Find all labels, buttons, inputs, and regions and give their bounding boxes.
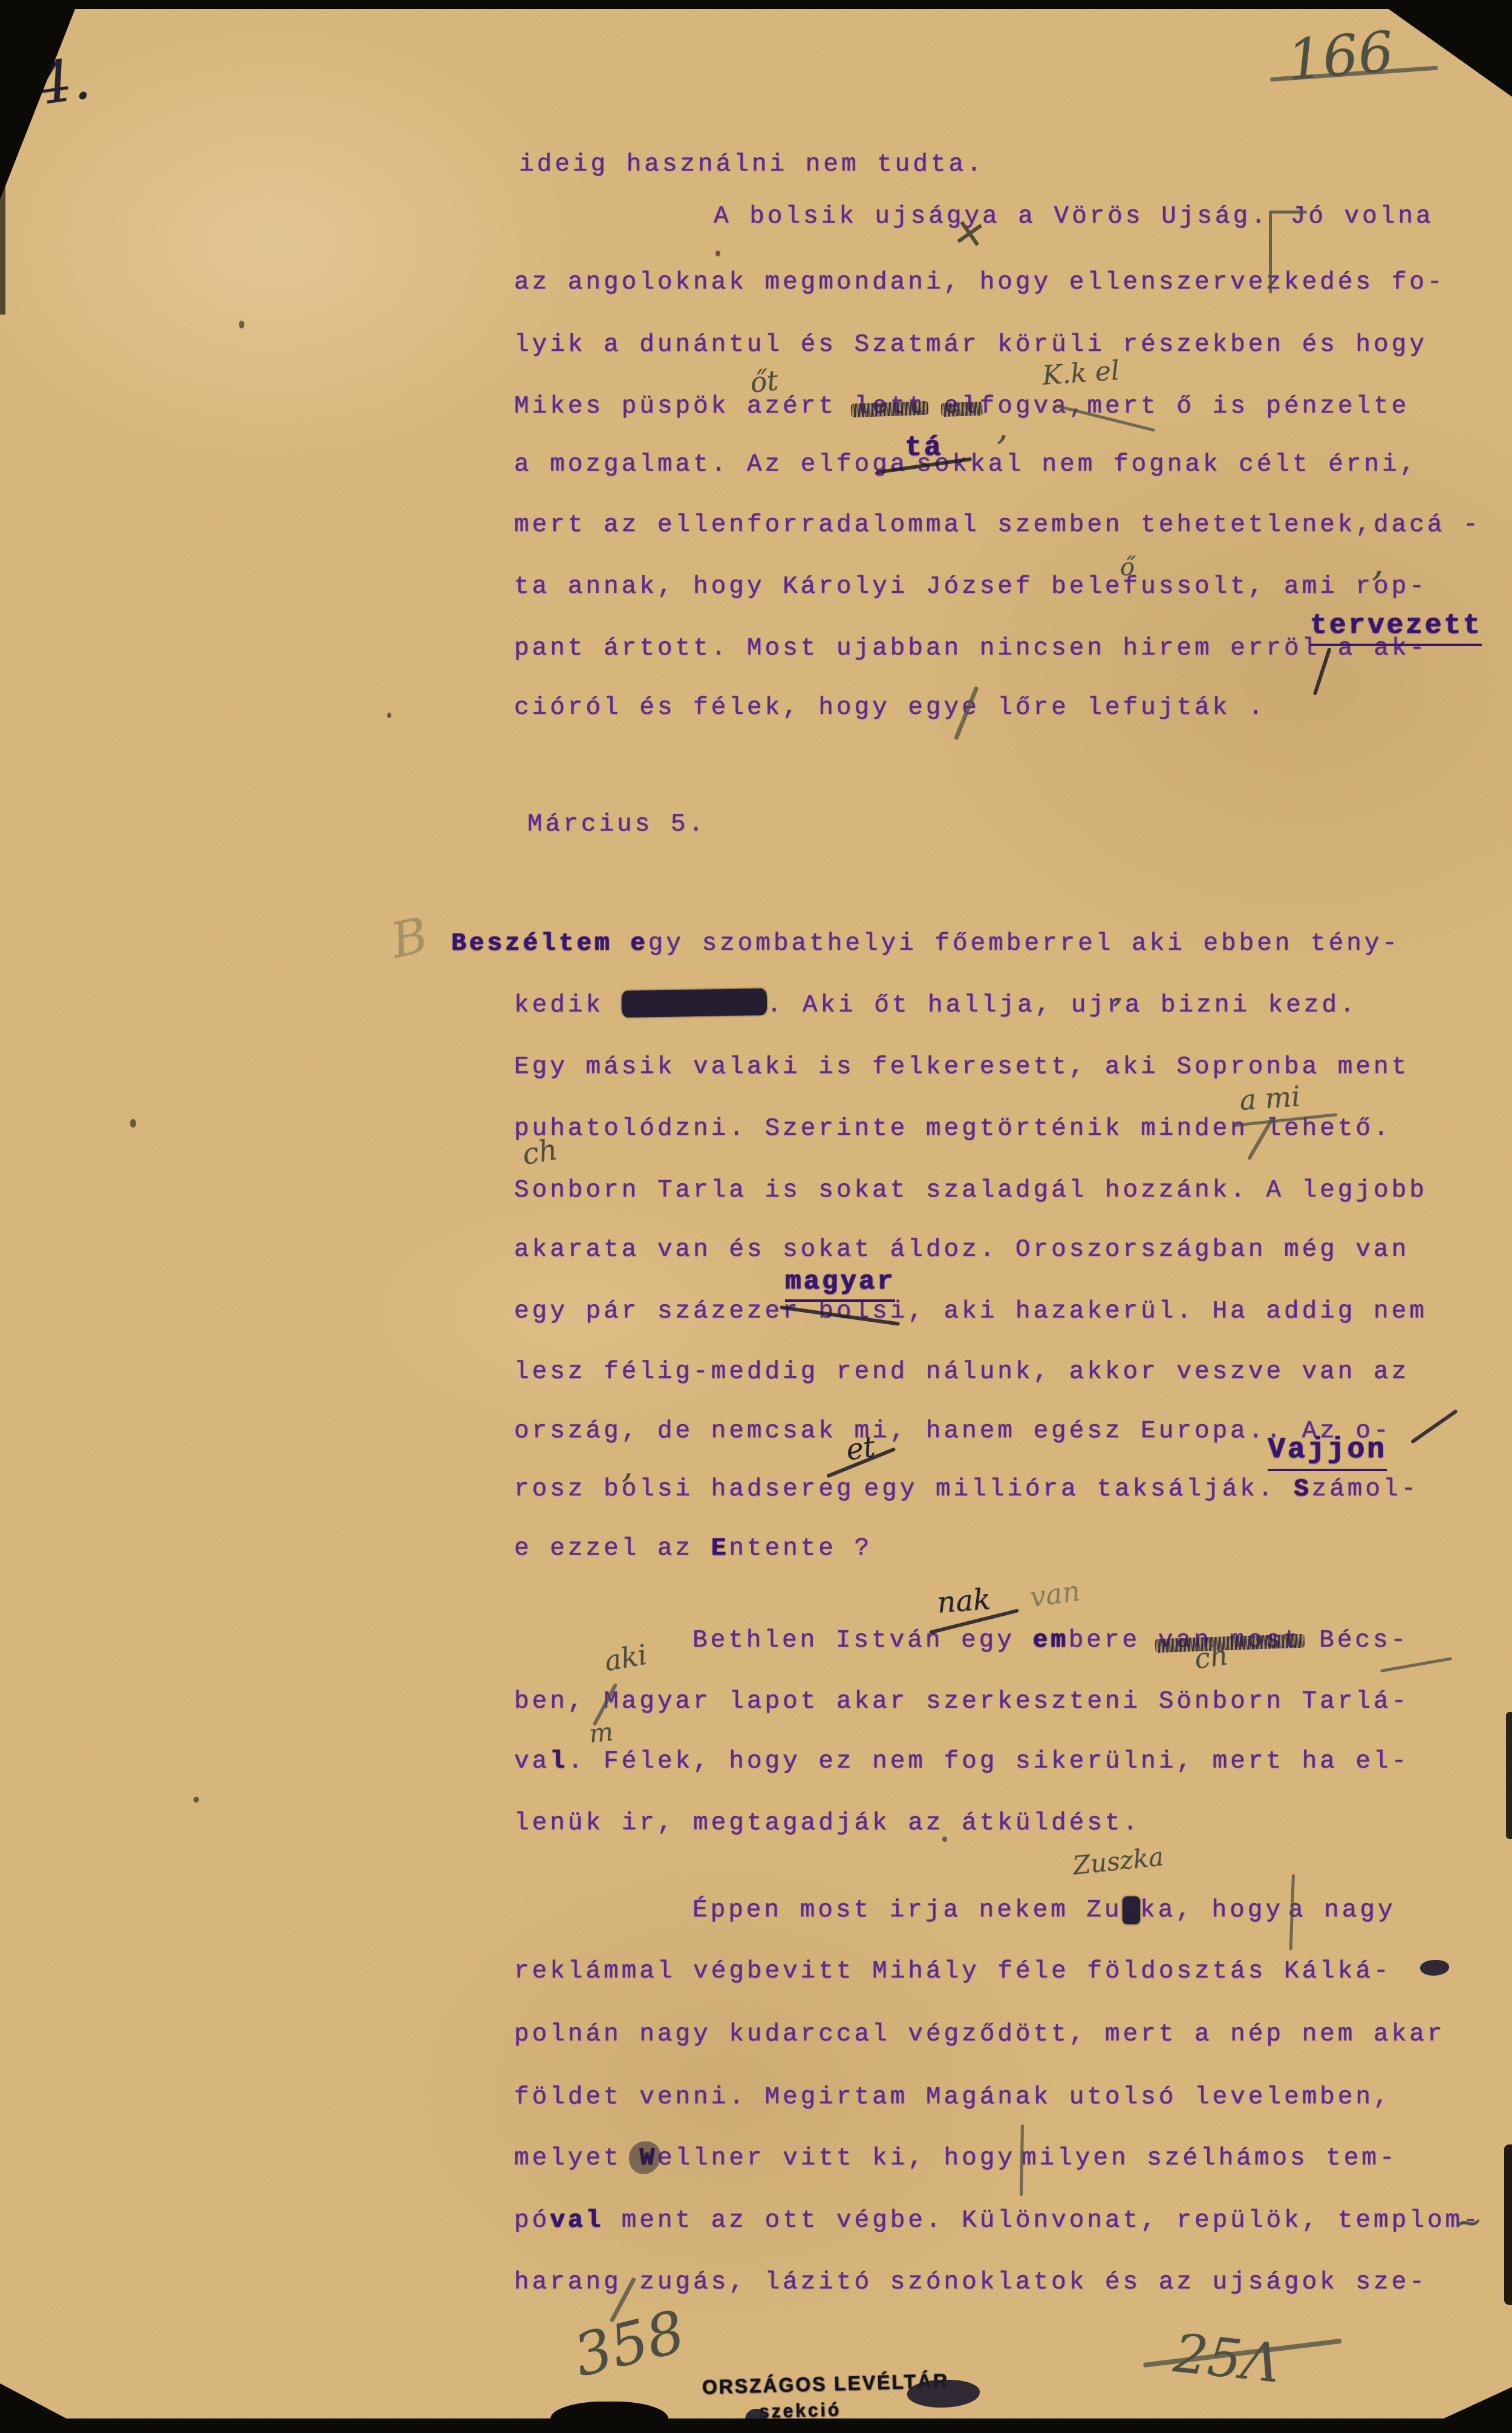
typed-text: . Aki őt hallja, ujra bizni kezd. [767, 991, 1358, 1019]
typed-line-20: ország, de nemcsak mi, hanem egész Europ… [514, 1414, 1392, 1448]
typed-text: ország, de nemcsak mi, hanem egész Europ… [514, 1417, 1392, 1445]
typed-text: ntente ? [729, 1535, 872, 1563]
typed-text: Bethlen István egy [692, 1627, 1032, 1654]
handwritten-pencil-note: ő [1120, 555, 1135, 580]
handwritten-pencil-note: m [588, 1719, 614, 1747]
typed-text: ment az ott végbe. Különvonat, repülök, … [604, 2207, 1481, 2235]
typed-text: ta annak, hogy Károlyi József belefussol… [514, 573, 1427, 601]
typed-text: Egy másik valaki is felkeresett, aki Sop… [514, 1053, 1409, 1081]
scan-edge-right [1506, 1712, 1512, 1839]
typed-line-30: földet venni. Megirtam Magának utolsó le… [514, 2080, 1392, 2114]
typed-text: Éppen most irja nekem Zu [692, 1896, 1123, 1924]
paper-speck [715, 250, 720, 256]
handwritten-ink-note: nak [936, 1585, 992, 1618]
typed-text: fogva,mert ő is pénzelte [980, 393, 1410, 420]
ink-blotted-character: t [1123, 1896, 1141, 1924]
handwritten-pencil-note: ch [1193, 1641, 1230, 1673]
typed-line-17: akarata van és sokat áldoz. Oroszországb… [514, 1233, 1409, 1267]
typed-text: földet venni. Megirtam Magának utolsó le… [514, 2083, 1392, 2111]
faint-pencil-note: van [1028, 1576, 1082, 1611]
typed-text: va [514, 1748, 550, 1775]
pencil-x-mark: ✕ [950, 213, 989, 256]
typed-text: A bolsik ujságya a Vörös Ujság. [714, 203, 1269, 230]
handwritten-pencil-note: a mi [1239, 1082, 1301, 1114]
typed-text-overstruck-bold: em [1032, 1627, 1068, 1654]
typed-line-4: lyik a dunántul és Szatmár körüli részek… [514, 328, 1427, 362]
typed-line-10: cióról és félek, hogy egye lőre lefujták… [514, 691, 1266, 725]
typed-line-8: ta annak, hogy Károlyi József belefussol… [514, 570, 1427, 604]
typed-line-26: lenük ir, megtagadják az átküldést. [514, 1806, 1141, 1840]
scanned-document: ideig használni nem tudta.A bolsik ujság… [0, 0, 1512, 2433]
typed-line-22: e ezzel az Entente ? [514, 1532, 872, 1566]
typing-gap [1355, 653, 1374, 655]
typed-text: ka, hogy [1140, 1896, 1283, 1924]
typed-line-7: mert az ellenforradalommal szemben tehet… [514, 508, 1481, 542]
typed-text: mert az ellenforradalommal szemben tehet… [514, 511, 1481, 539]
typed-line-21: rosz bolsi hadseregegy millióra taksáljá… [514, 1472, 1419, 1506]
typing-gap [908, 469, 916, 471]
paper-speck [239, 321, 244, 328]
typed-text: sokkal nem fognak célt érni, [916, 451, 1418, 478]
pencil-comma: , [622, 1447, 633, 1483]
typed-text: kedik [514, 991, 622, 1019]
struck-out-text: van most [1158, 1627, 1302, 1654]
scan-edge-left [0, 0, 5, 315]
typed-text: akarata van és sokat áldoz. Oroszországb… [514, 1236, 1409, 1264]
typed-line-28: reklámmal végbevitt Mihály féle földoszt… [514, 1955, 1392, 1988]
typed-text: rosz bolsi hadsereg [514, 1475, 854, 1503]
pencil-squiggle: ∼ [1450, 2203, 1485, 2242]
typed-text: pó [514, 2207, 550, 2235]
handwritten-pencil-note: ch [520, 1135, 559, 1169]
typed-text: egy pár százezer bolsi, aki hazakerül. H… [514, 1298, 1427, 1325]
typed-line-33: harang zugás, lázitó szónoklatok és az u… [514, 2265, 1427, 2299]
struck-out-text: el [944, 393, 980, 420]
typed-line-1: ideig használni nem tudta. [519, 148, 985, 181]
typed-line-5: Mikes püspök azért lett elfogva,mert ő i… [514, 390, 1409, 423]
typed-text: gy szombathelyi főemberrel aki ebben tén… [648, 930, 1400, 958]
pencil-comma: , [997, 409, 1008, 445]
typed-text: ben, Magyar lapot akar szerkeszteni Sönb… [514, 1688, 1409, 1716]
typed-line-25: val. Félek, hogy ez nem fog sikerülni, m… [514, 1745, 1409, 1778]
scan-edge-bottom [0, 2418, 1512, 2433]
scan-edge-right [1504, 2144, 1512, 2305]
typed-line-2: A bolsik ujságya a Vörös Ujság.Jó volna [714, 200, 1434, 234]
scan-edge-top [0, 0, 1512, 9]
typed-line-13: kedik . Aki őt hallja, ujra bizni kezd. [514, 988, 1358, 1022]
typed-line-29: polnán nagy kudarccal végződött, mert a … [514, 2017, 1445, 2051]
typed-text: a nagy [1288, 1896, 1396, 1924]
struck-out-text: lett [854, 393, 925, 420]
typed-text: bere [1069, 1627, 1158, 1654]
paper-speck [130, 1119, 136, 1128]
typed-text: Jó volna [1291, 203, 1434, 230]
typed-text: a mozgalmat. Az elfoga [514, 451, 908, 478]
typed-text: ellner vitt ki, hogy [657, 2144, 1015, 2172]
typed-insertion: tá [905, 432, 943, 464]
typed-line-12: Beszéltem egy szombathelyi főemberrel ak… [451, 927, 1400, 961]
handwritten-pencil-note: K.k el [1041, 358, 1120, 390]
typed-line-16: Sonborn Tarla is sokat szaladgál hozzánk… [514, 1174, 1427, 1207]
typed-line-32: póval ment az ott végbe. Különvonat, rep… [514, 2204, 1481, 2238]
typing-gap [854, 1494, 864, 1495]
typed-text: ideig használni nem tudta. [519, 151, 985, 178]
typing-gap [1283, 1915, 1288, 1916]
handwritten-pencil-note: aki [602, 1641, 649, 1675]
typed-text: harang zugás, lázitó szónoklatok és az u… [514, 2268, 1427, 2296]
typed-text: cióról és félek, hogy egye lőre lefujták… [514, 694, 1266, 722]
typed-text: Bécs- [1302, 1627, 1409, 1654]
typed-line-18: egy pár százezer bolsi, aki hazakerül. H… [514, 1295, 1427, 1328]
typed-insertion: Vajjon [1268, 1434, 1387, 1471]
typed-text: milyen szélhámos tem- [1022, 2144, 1398, 2172]
paper-speck [194, 1797, 199, 1803]
typed-text: e ezzel az [514, 1535, 711, 1563]
pencil-comma: , [1113, 974, 1124, 1008]
typed-line-6: a mozgalmat. Az elfogasokkal nem fognak … [514, 448, 1418, 482]
typed-text-overstruck-bold: S [1294, 1475, 1312, 1503]
typed-text: reklámmal végbevitt Mihály féle földoszt… [514, 1958, 1392, 1985]
typed-text: Március 5. [527, 811, 706, 838]
typed-insertion: magyar [785, 1267, 895, 1302]
pencil-comma: , [1372, 543, 1384, 582]
typed-text: Mikes püspök azért [514, 393, 854, 420]
typed-text-overstruck-bold: Beszéltem e [451, 930, 648, 958]
typed-text: lyik a dunántul és Szatmár körüli részek… [514, 331, 1427, 359]
typed-line-9: pant ártott. Most ujabban nincsen hirem … [514, 632, 1427, 665]
typed-text: Sonborn Tarla is sokat szaladgál hozzánk… [514, 1177, 1427, 1204]
typed-text: lesz félig-meddig rend nálunk, akkor ves… [514, 1358, 1409, 1386]
typed-line-23: Bethlen István egy embere van most Bécs- [692, 1624, 1409, 1657]
typed-text: zámol- [1312, 1475, 1419, 1503]
typed-text-overstruck-bold: l [550, 1748, 568, 1775]
typed-line-19: lesz félig-meddig rend nálunk, akkor ves… [514, 1355, 1409, 1389]
typed-line-11: Március 5. [527, 808, 706, 841]
pencil-bracket-mark [1269, 211, 1307, 293]
typed-line-24: ben, Magyar lapot akar szerkeszteni Sönb… [514, 1685, 1409, 1719]
typed-text: lenük ir, megtagadják az átküldést. [514, 1809, 1141, 1837]
blacked-out-word [621, 988, 767, 1017]
typed-text: polnán nagy kudarccal végződött, mert a … [514, 2020, 1445, 2048]
handwritten-pencil-note: őt [749, 366, 780, 397]
typed-text-overstruck-bold: E [711, 1535, 729, 1563]
typed-text: pant ártott. Most ujabban nincsen hirem … [514, 635, 1355, 662]
typed-line-14: Egy másik valaki is felkeresett, aki Sop… [514, 1050, 1409, 1084]
typed-text: . Félek, hogy ez nem fog sikerülni, mert… [568, 1748, 1409, 1775]
paper-sheet [0, 0, 1512, 2433]
paper-speck [387, 713, 391, 718]
typed-text: egy millióra taksálják. [864, 1475, 1294, 1503]
typed-insertion: tervezett [1310, 610, 1482, 646]
typed-text: melyet [514, 2144, 639, 2172]
typed-text-overstruck-bold: val [550, 2207, 604, 2235]
